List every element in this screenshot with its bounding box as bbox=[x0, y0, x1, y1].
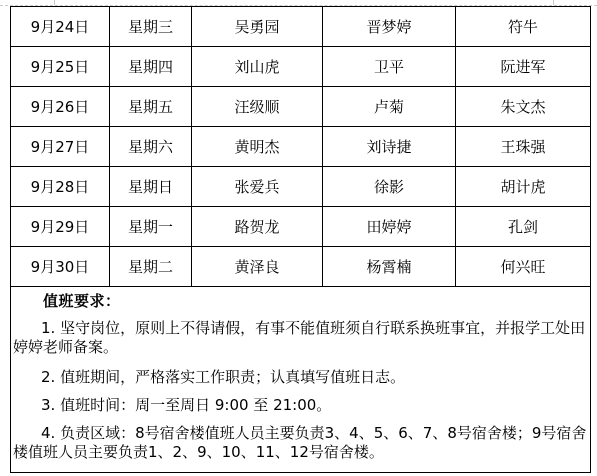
table-row: 9月29日 星期一 路贺龙 田婷婷 孔剑 bbox=[11, 207, 591, 247]
staff-cell-2: 徐影 bbox=[323, 167, 456, 207]
table-row: 9月27日 星期六 黄明杰 刘诗捷 王珠强 bbox=[11, 127, 591, 167]
note-item-4: 4. 负责区域：8号宿舍楼值班人员主要负责3、4、5、6、7、8号宿舍楼；9号宿… bbox=[13, 424, 588, 462]
staff-cell-1: 汪级顺 bbox=[192, 87, 323, 127]
staff-cell-2: 杨霄楠 bbox=[323, 247, 456, 287]
staff-cell-1: 黄明杰 bbox=[192, 127, 323, 167]
notes-title: 值班要求： bbox=[43, 290, 121, 311]
table-row: 9月25日 星期四 刘山虎 卫平 阮进军 bbox=[11, 47, 591, 87]
staff-cell-3: 王珠强 bbox=[456, 127, 591, 167]
staff-cell-1: 刘山虎 bbox=[192, 47, 323, 87]
duty-schedule-table: 9月24日 星期三 吴勇园 晋梦婷 符牛 9月25日 星期四 刘山虎 卫平 阮进… bbox=[10, 6, 591, 287]
staff-cell-3: 阮进军 bbox=[456, 47, 591, 87]
staff-cell-2: 晋梦婷 bbox=[323, 7, 456, 47]
weekday-cell: 星期六 bbox=[110, 127, 192, 167]
staff-cell-2: 田婷婷 bbox=[323, 207, 456, 247]
staff-cell-1: 黄泽良 bbox=[192, 247, 323, 287]
date-cell: 9月29日 bbox=[11, 207, 110, 247]
staff-cell-1: 路贺龙 bbox=[192, 207, 323, 247]
page-corner-mark-left bbox=[54, 0, 55, 5]
date-cell: 9月26日 bbox=[11, 87, 110, 127]
staff-cell-1: 张爱兵 bbox=[192, 167, 323, 207]
staff-cell-2: 卢菊 bbox=[323, 87, 456, 127]
page-corner-mark-right bbox=[553, 0, 554, 5]
table-row: 9月28日 星期日 张爱兵 徐影 胡计虎 bbox=[11, 167, 591, 207]
staff-cell-2: 刘诗捷 bbox=[323, 127, 456, 167]
table-row: 9月24日 星期三 吴勇园 晋梦婷 符牛 bbox=[11, 7, 591, 47]
date-cell: 9月28日 bbox=[11, 167, 110, 207]
weekday-cell: 星期五 bbox=[110, 87, 192, 127]
note-item-3: 3. 值班时间：周一至周日 9:00 至 21:00。 bbox=[13, 396, 588, 415]
staff-cell-3: 何兴旺 bbox=[456, 247, 591, 287]
note-item-1: 1. 坚守岗位，原则上不得请假，有事不能值班须自行联系换班事宜，并报学工处田婷婷… bbox=[13, 319, 588, 357]
staff-cell-1: 吴勇园 bbox=[192, 7, 323, 47]
table-row: 9月30日 星期二 黄泽良 杨霄楠 何兴旺 bbox=[11, 247, 591, 287]
weekday-cell: 星期一 bbox=[110, 207, 192, 247]
date-cell: 9月27日 bbox=[11, 127, 110, 167]
weekday-cell: 星期二 bbox=[110, 247, 192, 287]
staff-cell-3: 朱文杰 bbox=[456, 87, 591, 127]
staff-cell-3: 孔剑 bbox=[456, 207, 591, 247]
staff-cell-2: 卫平 bbox=[323, 47, 456, 87]
note-item-2: 2. 值班期间，严格落实工作职责；认真填写值班日志。 bbox=[13, 368, 588, 387]
staff-cell-3: 胡计虎 bbox=[456, 167, 591, 207]
date-cell: 9月25日 bbox=[11, 47, 110, 87]
staff-cell-3: 符牛 bbox=[456, 7, 591, 47]
weekday-cell: 星期日 bbox=[110, 167, 192, 207]
date-cell: 9月30日 bbox=[11, 247, 110, 287]
weekday-cell: 星期四 bbox=[110, 47, 192, 87]
table-row: 9月26日 星期五 汪级顺 卢菊 朱文杰 bbox=[11, 87, 591, 127]
weekday-cell: 星期三 bbox=[110, 7, 192, 47]
duty-requirements-section: 值班要求： 1. 坚守岗位，原则上不得请假，有事不能值班须自行联系换班事宜，并报… bbox=[10, 286, 591, 473]
date-cell: 9月24日 bbox=[11, 7, 110, 47]
